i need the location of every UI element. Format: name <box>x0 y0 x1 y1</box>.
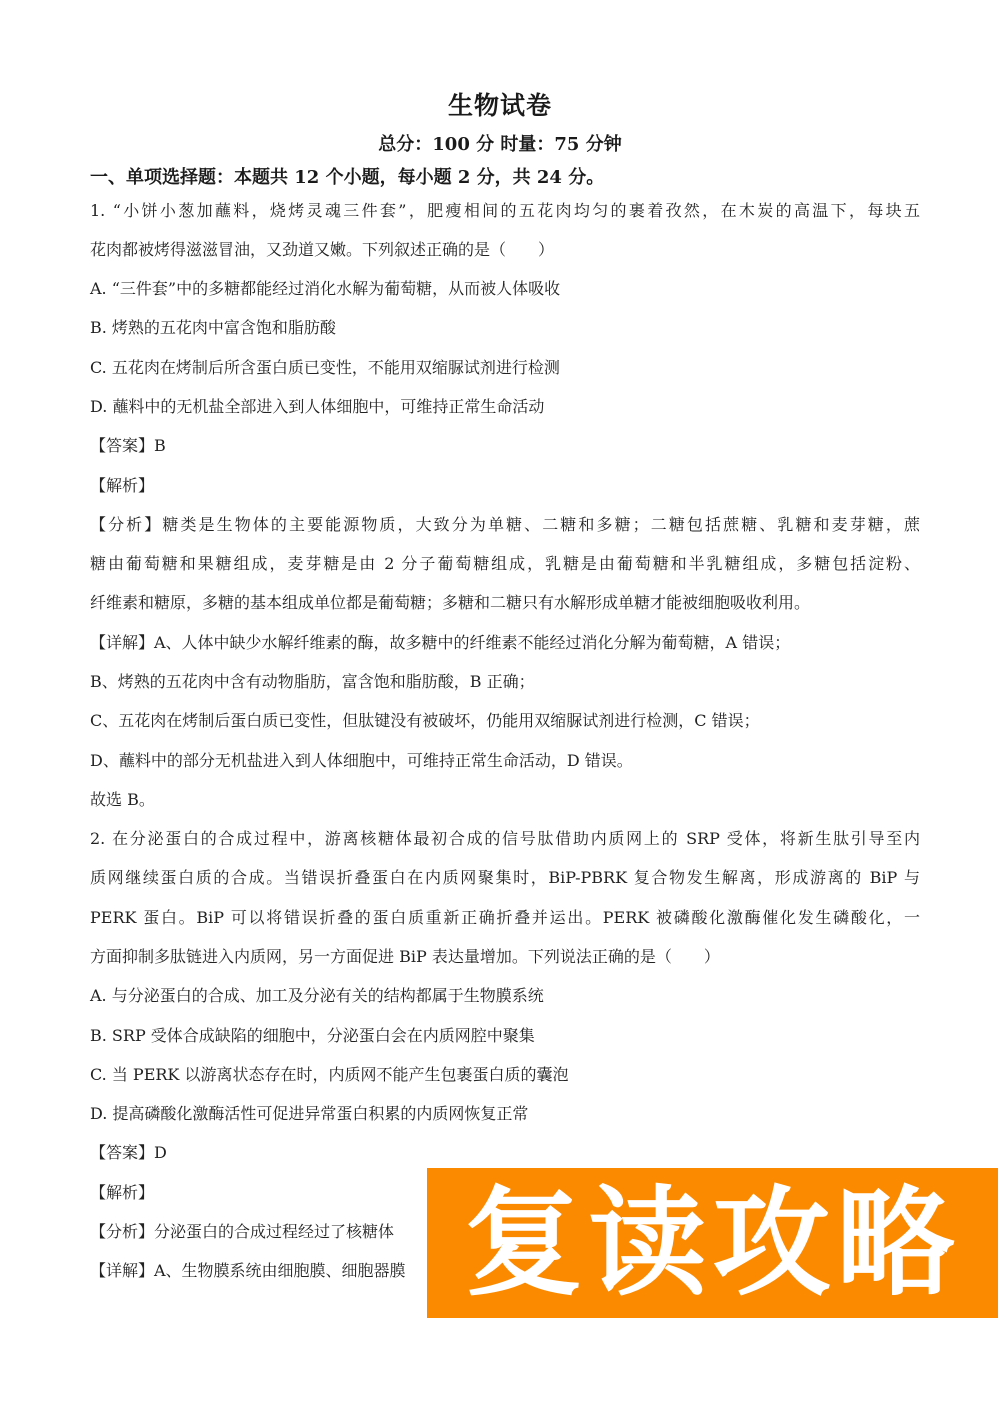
detail-line: C、五花肉在烤制后蛋白质已变性，但肽键没有被破坏，仍能用双缩脲试剂进行检测，C … <box>90 710 920 732</box>
section-heading: 一、单项选择题：本题共 12 个小题，每小题 2 分，共 24 分。 <box>90 163 604 189</box>
option-b: B. 烤熟的五花肉中富含饱和脂肪酸 <box>90 317 920 339</box>
detail-line: B、烤熟的五花肉中含有动物脂肪，富含饱和脂肪酸，B 正确； <box>90 671 920 693</box>
option-b: B. SRP 受体合成缺陷的细胞中，分泌蛋白会在内质网腔中聚集 <box>90 1025 920 1047</box>
question-stem-line: 1. “小饼小葱加蘸料，烧烤灵魂三件套”，肥瘦相间的五花肉均匀的裹着孜然，在木炭… <box>90 200 920 222</box>
option-c: C. 当 PERK 以游离状态存在时，内质网不能产生包裹蛋白质的囊泡 <box>90 1064 920 1086</box>
answer-label: 【答案】D <box>90 1142 920 1164</box>
watermark-banner: 复读攻略 <box>427 1168 998 1318</box>
option-a: A. 与分泌蛋白的合成、加工及分泌有关的结构都属于生物膜系统 <box>90 985 920 1007</box>
question-stem-line: 方面抑制多肽链进入内质网，另一方面促进 BiP 表达量增加。下列说法正确的是（ … <box>90 946 920 968</box>
analysis-line: 【分析】糖类是生物体的主要能源物质，大致分为单糖、二糖和多糖；二糖包括蔗糖、乳糖… <box>90 514 920 536</box>
score-time-info: 总分：100 分 时量：75 分钟 <box>0 130 1000 156</box>
option-a: A. “三件套”中的多糖都能经过消化水解为葡萄糖，从而被人体吸收 <box>90 278 920 300</box>
watermark-text: 复读攻略 <box>464 1184 960 1302</box>
question-stem-line: 2. 在分泌蛋白的合成过程中，游离核糖体最初合成的信号肽借助内质网上的 SRP … <box>90 828 920 850</box>
option-d: D. 提高磷酸化激酶活性可促进异常蛋白积累的内质网恢复正常 <box>90 1103 920 1125</box>
question-stem-line: PERK 蛋白。BiP 可以将错误折叠的蛋白质重新正确折叠并运出。PERK 被磷… <box>90 907 920 929</box>
answer-label: 【答案】B <box>90 435 920 457</box>
page-title: 生物试卷 <box>0 86 1000 122</box>
question-stem-line: 质网继续蛋白质的合成。当错误折叠蛋白在内质网聚集时，BiP-PBRK 复合物发生… <box>90 867 920 889</box>
question-stem-line: 花肉都被烤得滋滋冒油，又劲道又嫩。下列叙述正确的是（ ） <box>90 239 920 261</box>
detail-line: D、蘸料中的部分无机盐进入到人体细胞中，可维持正常生命活动，D 错误。 <box>90 750 920 772</box>
analysis-label: 【解析】 <box>90 475 920 497</box>
conclusion: 故选 B。 <box>90 789 920 811</box>
option-d: D. 蘸料中的无机盐全部进入到人体细胞中，可维持正常生命活动 <box>90 396 920 418</box>
analysis-line: 糖由葡萄糖和果糖组成，麦芽糖是由 2 分子葡萄糖组成，乳糖是由葡萄糖和半乳糖组成… <box>90 553 920 575</box>
detail-line: 【详解】A、人体中缺少水解纤维素的酶，故多糖中的纤维素不能经过消化分解为葡萄糖，… <box>90 632 920 654</box>
option-c: C. 五花肉在烤制后所含蛋白质已变性，不能用双缩脲试剂进行检测 <box>90 357 920 379</box>
analysis-line: 纤维素和糖原，多糖的基本组成单位都是葡萄糖；多糖和二糖只有水解形成单糖才能被细胞… <box>90 592 920 614</box>
exam-page: 生物试卷 总分：100 分 时量：75 分钟 一、单项选择题：本题共 12 个小… <box>0 0 1000 1414</box>
